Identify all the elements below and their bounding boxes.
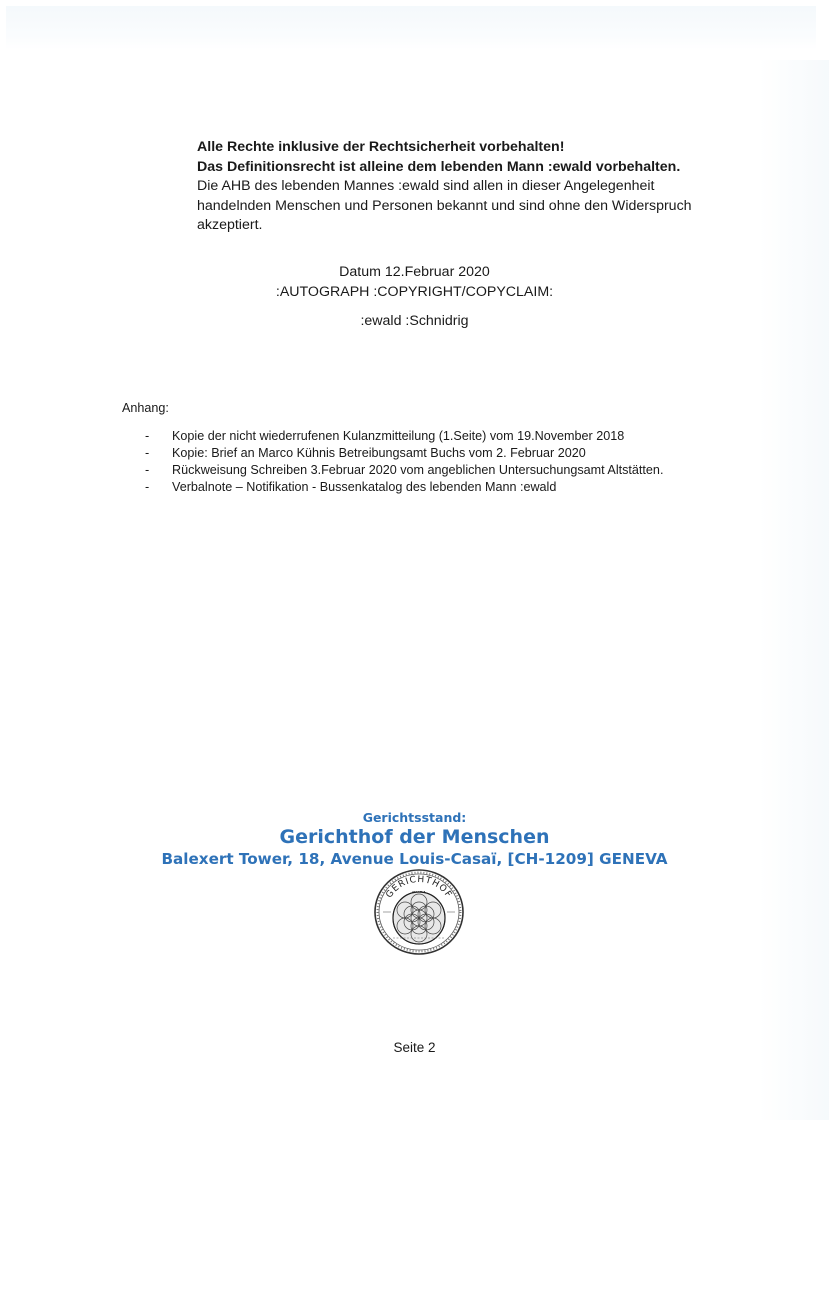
scan-artifact-right (759, 60, 829, 1120)
attachment-item: -Rückweisung Schreiben 3.Februar 2020 vo… (145, 462, 705, 479)
bullet-dash: - (145, 428, 149, 445)
attachment-item: -Verbalnote – Notifikation - Bussenkatal… (145, 479, 705, 496)
court-address: Balexert Tower, 18, Avenue Louis-Casaï, … (0, 850, 829, 868)
bullet-dash: - (145, 479, 149, 496)
seal-stamp-icon: GERICHTHOF GUBA (373, 868, 465, 956)
rights-bold-line-1: Alle Rechte inklusive der Rechtsicherhei… (197, 138, 717, 158)
court-name: Gerichthof der Menschen (0, 826, 829, 848)
autograph-line: :AUTOGRAPH :COPYRIGHT/COPYCLAIM: (0, 284, 829, 300)
attachments-list: -Kopie der nicht wiederrufenen Kulanzmit… (145, 428, 705, 496)
attachment-text: Kopie der nicht wiederrufenen Kulanzmitt… (172, 429, 624, 443)
rights-statement: Alle Rechte inklusive der Rechtsicherhei… (197, 138, 717, 236)
ahb-statement: Die AHB des lebenden Mannes :ewald sind … (197, 177, 717, 236)
date-line: Datum 12.Februar 2020 (0, 264, 829, 280)
attachment-text: Verbalnote – Notifikation - Bussenkatalo… (172, 480, 556, 494)
page-number: Seite 2 (0, 1040, 829, 1055)
scan-artifact-top (6, 6, 816, 50)
attachment-text: Kopie: Brief an Marco Kühnis Betreibungs… (172, 446, 586, 460)
rights-bold-line-2: Das Definitionsrecht ist alleine dem leb… (197, 158, 717, 178)
signature-name: :ewald :Schnidrig (0, 313, 829, 329)
attachment-item: -Kopie: Brief an Marco Kühnis Betreibung… (145, 445, 705, 462)
court-label: Gerichtsstand: (0, 810, 829, 825)
attachment-item: -Kopie der nicht wiederrufenen Kulanzmit… (145, 428, 705, 445)
bullet-dash: - (145, 462, 149, 479)
bullet-dash: - (145, 445, 149, 462)
attachments-heading: Anhang: (122, 401, 169, 415)
attachment-text: Rückweisung Schreiben 3.Februar 2020 vom… (172, 463, 663, 477)
